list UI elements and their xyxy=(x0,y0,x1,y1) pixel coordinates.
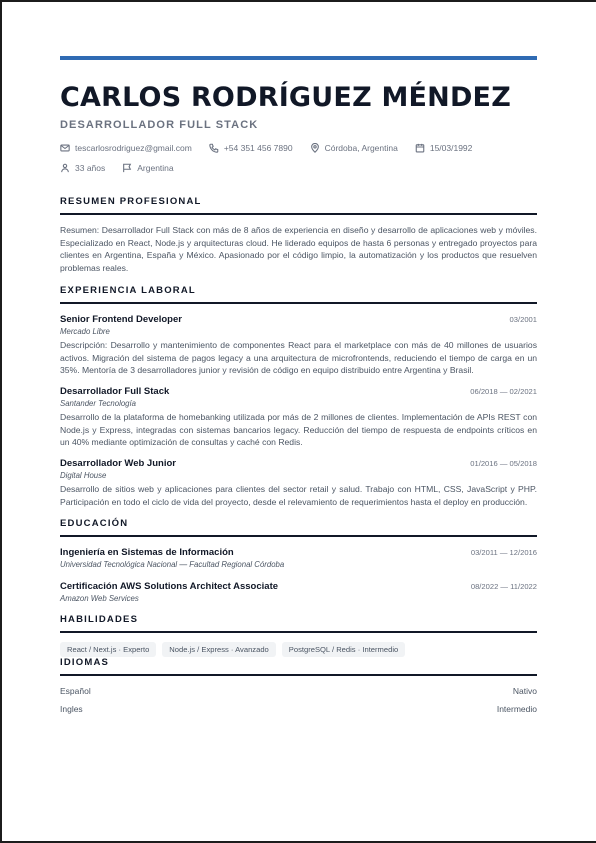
degree-title: Ingeniería en Sistemas de Información xyxy=(60,547,234,559)
job-description: Desarrollo de la plataforma de homebanki… xyxy=(60,411,537,449)
institution: Amazon Web Services xyxy=(60,593,537,604)
contact-age: 33 años xyxy=(60,162,105,174)
language-level: Intermedio xyxy=(497,703,537,715)
contact-row-1: tescarlosrodriguez@gmail.com +54 351 456… xyxy=(60,142,537,154)
degree-title: Certificación AWS Solutions Architect As… xyxy=(60,581,278,593)
language-name: Español xyxy=(60,685,91,697)
contact-age-text: 33 años xyxy=(75,162,105,174)
languages-list: Español Nativo Ingles Intermedio xyxy=(60,685,537,715)
job-date: 01/2016 — 05/2018 xyxy=(470,458,537,470)
job-description: Descripción: Desarrollo y mantenimiento … xyxy=(60,339,537,377)
language-row: Español Nativo xyxy=(60,685,537,697)
skill-chip: PostgreSQL / Redis · Intermedio xyxy=(282,642,405,657)
job-description: Desarrollo de sitios web y aplicaciones … xyxy=(60,483,537,508)
education-entry: Certificación AWS Solutions Architect As… xyxy=(60,581,537,604)
skill-chip: React / Next.js · Experto xyxy=(60,642,156,657)
contact-email[interactable]: tescarlosrodriguez@gmail.com xyxy=(60,142,192,154)
job-title: Senior Frontend Developer xyxy=(60,314,182,326)
job-title: Desarrollador Web Junior xyxy=(60,458,176,470)
experience-entry: Desarrollador Web Junior 01/2016 — 05/20… xyxy=(60,458,537,508)
candidate-name: CARLOS RODRÍGUEZ MÉNDEZ xyxy=(60,83,537,113)
contact-location-text: Córdoba, Argentina xyxy=(325,142,398,154)
location-pin-icon xyxy=(310,143,320,153)
institution: Universidad Tecnológica Nacional — Facul… xyxy=(60,559,537,570)
skills-section: HABILIDADES React / Next.js · Experto No… xyxy=(60,614,537,657)
contact-birthdate: 15/03/1992 xyxy=(415,142,473,154)
contact-nationality-text: Argentina xyxy=(137,162,173,174)
degree-date: 03/2011 — 12/2016 xyxy=(471,547,537,559)
experience-section: EXPERIENCIA LABORAL Senior Frontend Deve… xyxy=(60,285,537,509)
degree-date: 08/2022 — 11/2022 xyxy=(471,581,537,593)
skills-list: React / Next.js · Experto Node.js / Expr… xyxy=(60,642,537,657)
accent-bar xyxy=(60,56,537,60)
contact-phone[interactable]: +54 351 456 7890 xyxy=(209,142,293,154)
job-company: Digital House xyxy=(60,470,537,481)
summary-heading: RESUMEN PROFESIONAL xyxy=(60,196,537,215)
resume-page: CARLOS RODRÍGUEZ MÉNDEZ DESARROLLADOR FU… xyxy=(60,56,537,715)
phone-icon xyxy=(209,143,219,153)
skill-chip: Node.js / Express · Avanzado xyxy=(162,642,275,657)
languages-heading: IDIOMAS xyxy=(60,657,537,676)
job-company: Santander Tecnología xyxy=(60,398,537,409)
language-level: Nativo xyxy=(513,685,537,697)
mail-icon xyxy=(60,143,70,153)
person-icon xyxy=(60,163,70,173)
candidate-role: DESARROLLADOR FULL STACK xyxy=(60,118,537,132)
job-company: Mercado Libre xyxy=(60,326,537,337)
flag-icon xyxy=(122,163,132,173)
contact-phone-text: +54 351 456 7890 xyxy=(224,142,293,154)
education-entry: Ingeniería en Sistemas de Información 03… xyxy=(60,547,537,570)
experience-entry: Desarrollador Full Stack 06/2018 — 02/20… xyxy=(60,386,537,449)
contact-birthdate-text: 15/03/1992 xyxy=(430,142,473,154)
languages-section: IDIOMAS Español Nativo Ingles Intermedio xyxy=(60,657,537,715)
contact-nationality: Argentina xyxy=(122,162,173,174)
experience-heading: EXPERIENCIA LABORAL xyxy=(60,285,537,304)
experience-entry: Senior Frontend Developer 03/2001 Mercad… xyxy=(60,314,537,377)
education-heading: EDUCACIÓN xyxy=(60,518,537,537)
job-date: 03/2001 xyxy=(510,314,537,326)
summary-section: RESUMEN PROFESIONAL Resumen: Desarrollad… xyxy=(60,196,537,275)
calendar-icon xyxy=(415,143,425,153)
skills-heading: HABILIDADES xyxy=(60,614,537,633)
contact-row-2: 33 años Argentina xyxy=(60,162,537,174)
job-date: 06/2018 — 02/2021 xyxy=(470,386,537,398)
job-title: Desarrollador Full Stack xyxy=(60,386,169,398)
contact-email-text: tescarlosrodriguez@gmail.com xyxy=(75,142,192,154)
summary-text: Resumen: Desarrollador Full Stack con má… xyxy=(60,224,537,275)
contact-location: Córdoba, Argentina xyxy=(310,142,398,154)
language-row: Ingles Intermedio xyxy=(60,703,537,715)
language-name: Ingles xyxy=(60,703,83,715)
education-section: EDUCACIÓN Ingeniería en Sistemas de Info… xyxy=(60,518,537,604)
